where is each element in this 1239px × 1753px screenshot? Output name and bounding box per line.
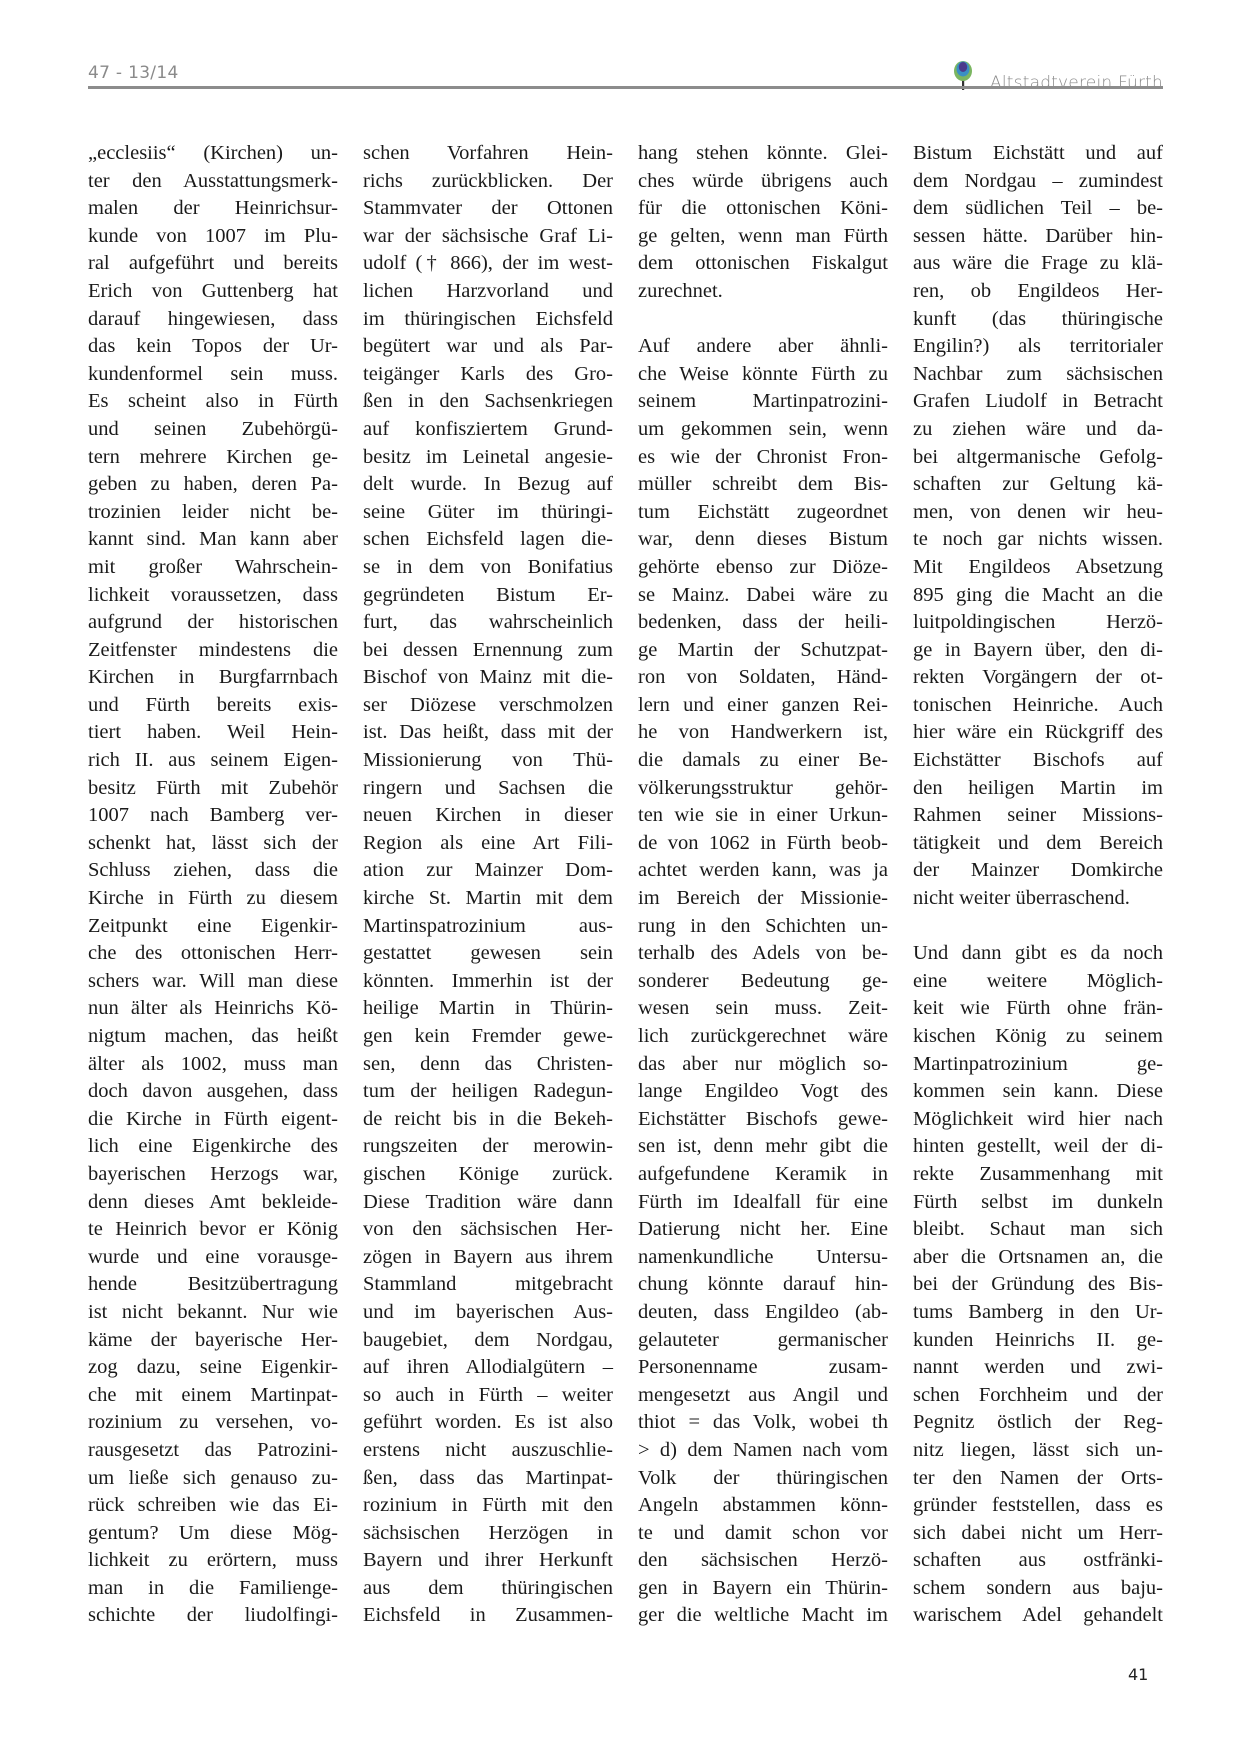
text-line: > d) dem Namen nach vom — [638, 1437, 888, 1465]
text-line: könnten. Immerhin ist der — [363, 968, 613, 996]
text-line: denn dieses Amt bekleide- — [88, 1189, 338, 1217]
text-line: Grafen Liudolf in Betracht — [913, 388, 1163, 416]
text-line: erstens nicht auszuschlie- — [363, 1437, 613, 1465]
text-line: 895 ging die Macht an die — [913, 582, 1163, 610]
text-line: älter als 1002, muss man — [88, 1051, 338, 1079]
text-line: Personenname zusam- — [638, 1354, 888, 1382]
text-line: Bayern und ihrer Herkunft — [363, 1547, 613, 1575]
text-line: nitz liegen, lässt sich un- — [913, 1437, 1163, 1465]
text-line: namenkundliche Untersu- — [638, 1244, 888, 1272]
text-line: rungszeiten der merowin- — [363, 1133, 613, 1161]
text-line: Stammland mitgebracht — [363, 1271, 613, 1299]
paragraph-gap — [913, 913, 1163, 941]
issue-number: 47 - 13/14 — [88, 63, 179, 83]
text-column-3: hang stehen könnte. Glei-ches würde übri… — [638, 140, 888, 1630]
text-line: Eichstätter Bischofs gewe- — [638, 1106, 888, 1134]
text-line: zögen in Bayern aus ihrem — [363, 1244, 613, 1272]
text-line: Schluss ziehen, dass die — [88, 857, 338, 885]
text-line: schem sondern aus baju- — [913, 1575, 1163, 1603]
text-line: darauf hingewiesen, dass — [88, 306, 338, 334]
text-line: das kein Topos der Ur- — [88, 333, 338, 361]
text-line: Nachbar zum sächsischen — [913, 361, 1163, 389]
text-line: ge in Bayern über, den di- — [913, 637, 1163, 665]
text-line: wesen sein muss. Zeit- — [638, 995, 888, 1023]
text-line: von den sächsischen Her- — [363, 1216, 613, 1244]
text-line: gen in Bayern ein Thürin- — [638, 1575, 888, 1603]
text-line: und Fürth bereits exis- — [88, 692, 338, 720]
text-line: deuten, dass Engildeo (ab- — [638, 1299, 888, 1327]
text-line: die damals zu einer Be- — [638, 747, 888, 775]
text-line: men, von denen wir heu- — [913, 499, 1163, 527]
text-line: aufgrund der historischen — [88, 609, 338, 637]
text-line: Eichstätter Bischofs auf — [913, 747, 1163, 775]
text-line: bayerischen Herzogs war, — [88, 1161, 338, 1189]
text-line: Angeln abstammen könn- — [638, 1492, 888, 1520]
text-line: sessen hätte. Darüber hin- — [913, 223, 1163, 251]
text-line: keit wie Fürth ohne frän- — [913, 995, 1163, 1023]
text-line: ge gelten, wenn man Fürth — [638, 223, 888, 251]
text-line: schen Vorfahren Hein- — [363, 140, 613, 168]
text-line: achtet werden kann, was ja — [638, 857, 888, 885]
text-line: schichte der liudolfingi- — [88, 1602, 338, 1630]
text-line: gegründeten Bistum Er- — [363, 582, 613, 610]
text-line: rekte Zusammenhang mit — [913, 1161, 1163, 1189]
text-line: kischen König zu seinem — [913, 1023, 1163, 1051]
text-line: te und damit schon vor — [638, 1520, 888, 1548]
text-line: ist. Das heißt, dass mit der — [363, 719, 613, 747]
text-line: rausgesetzt das Patrozini- — [88, 1437, 338, 1465]
text-line: schaften aus ostfränki- — [913, 1547, 1163, 1575]
text-line: kirche St. Martin mit dem — [363, 885, 613, 913]
text-line: Region als eine Art Fili- — [363, 830, 613, 858]
text-line: Datierung nicht her. Eine — [638, 1216, 888, 1244]
text-line: malen der Heinrichsur- — [88, 195, 338, 223]
text-line: den sächsischen Herzö- — [638, 1547, 888, 1575]
text-line: kunden Heinrichs II. ge- — [913, 1327, 1163, 1355]
publisher-name: Altstadtverein Fürth — [990, 73, 1163, 93]
text-line: rozinium in Fürth mit den — [363, 1492, 613, 1520]
text-line: rung in den Schichten un- — [638, 913, 888, 941]
text-line: thiot = das Volk, wobei th — [638, 1409, 888, 1437]
text-line: begütert war und als Par- — [363, 333, 613, 361]
text-column-2: schen Vorfahren Hein-richs zurückblicken… — [363, 140, 613, 1630]
text-line: Eichsfeld in Zusammen- — [363, 1602, 613, 1630]
text-line: te noch gar nichts wissen. — [913, 526, 1163, 554]
text-line: teigänger Karls des Gro- — [363, 361, 613, 389]
text-line: furt, das wahrscheinlich — [363, 609, 613, 637]
text-line: war der sächsische Graf Li- — [363, 223, 613, 251]
text-line: hinten gestellt, weil der di- — [913, 1133, 1163, 1161]
text-line: richs zurückblicken. Der — [363, 168, 613, 196]
text-line: bedenken, dass der heili- — [638, 609, 888, 637]
text-line: he von Handwerkern ist, — [638, 719, 888, 747]
text-line: und im bayerischen Aus- — [363, 1299, 613, 1327]
text-line: tern mehrere Kirchen ge- — [88, 444, 338, 472]
text-line: Martinpatrozinium ge- — [913, 1051, 1163, 1079]
text-line: sächsischen Herzögen in — [363, 1520, 613, 1548]
text-line: kunft (das thüringische — [913, 306, 1163, 334]
text-line: aus dem thüringischen — [363, 1575, 613, 1603]
text-line: gen kein Fremder gewe- — [363, 1023, 613, 1051]
text-line: trozinien leider nicht be- — [88, 499, 338, 527]
text-line: gehörte ebenso zur Diöze- — [638, 554, 888, 582]
text-line: Fürth selbst im dunkeln — [913, 1189, 1163, 1217]
text-line: ten wie sie in einer Urkun- — [638, 802, 888, 830]
text-line: gründer feststellen, dass es — [913, 1492, 1163, 1520]
text-line: das aber nur möglich so- — [638, 1051, 888, 1079]
text-line: schen Forchheim und der — [913, 1382, 1163, 1410]
text-line: che Weise könnte Fürth zu — [638, 361, 888, 389]
text-line: baugebiet, dem Nordgau, — [363, 1327, 613, 1355]
text-column-1: „ecclesiis“ (Kirchen) un-ter den Ausstat… — [88, 140, 338, 1630]
text-line: Fürth im Idealfall für eine — [638, 1189, 888, 1217]
text-line: seine Güter im thüringi- — [363, 499, 613, 527]
text-line: rekten Vorgängern der ot- — [913, 664, 1163, 692]
text-line: im thüringischen Eichsfeld — [363, 306, 613, 334]
text-line: Rahmen seiner Missions- — [913, 802, 1163, 830]
text-line: ter den Namen der Orts- — [913, 1465, 1163, 1493]
text-line: de von 1062 in Fürth beob- — [638, 830, 888, 858]
text-line: luitpoldingischen Herzö- — [913, 609, 1163, 637]
text-line: und seinen Zubehörgü- — [88, 416, 338, 444]
text-line: Auf andere aber ähnli- — [638, 333, 888, 361]
text-line: doch davon ausgehen, dass — [88, 1078, 338, 1106]
text-line: lange Engildeo Vogt des — [638, 1078, 888, 1106]
header-rule — [88, 86, 1163, 89]
text-line: 1007 nach Bamberg ver- — [88, 802, 338, 830]
text-line: Zeitpunkt eine Eigenkir- — [88, 913, 338, 941]
text-line: geführt worden. Es ist also — [363, 1409, 613, 1437]
text-line: ation zur Mainzer Dom- — [363, 857, 613, 885]
text-line: geben zu haben, deren Pa- — [88, 471, 338, 499]
text-line: Diese Tradition wäre dann — [363, 1189, 613, 1217]
text-line: ron von Soldaten, Händ- — [638, 664, 888, 692]
text-line: se in dem von Bonifatius — [363, 554, 613, 582]
text-line: müller schreibt dem Bis- — [638, 471, 888, 499]
text-line: lich eine Eigenkirche des — [88, 1133, 338, 1161]
text-line: zurechnet. — [638, 278, 888, 306]
text-line: tum der heiligen Radegun- — [363, 1078, 613, 1106]
text-line: che des ottonischen Herr- — [88, 940, 338, 968]
text-line: nicht weiter überraschend. — [913, 885, 1163, 913]
text-line: Mit Engildeos Absetzung — [913, 554, 1163, 582]
text-line: sich dabei nicht um Herr- — [913, 1520, 1163, 1548]
text-line: man in die Familienge- — [88, 1575, 338, 1603]
text-line: ches würde übrigens auch — [638, 168, 888, 196]
text-line: che mit einem Martinpat- — [88, 1382, 338, 1410]
text-line: gentum? Um diese Mög- — [88, 1520, 338, 1548]
text-line: lich zurückgerechnet wäre — [638, 1023, 888, 1051]
text-line: eine weitere Möglich- — [913, 968, 1163, 996]
text-line: lichkeit voraussetzen, dass — [88, 582, 338, 610]
text-line: heilige Martin in Thürin- — [363, 995, 613, 1023]
text-line: hende Besitzübertragung — [88, 1271, 338, 1299]
text-line: Kirchen in Burgfarrnbach — [88, 664, 338, 692]
text-line: besitz Fürth mit Zubehör — [88, 775, 338, 803]
text-line: dem südlichen Teil – be- — [913, 195, 1163, 223]
text-line: Volk der thüringischen — [638, 1465, 888, 1493]
text-line: im Bereich der Missionie- — [638, 885, 888, 913]
text-line: schers war. Will man diese — [88, 968, 338, 996]
text-line: den heiligen Martin im — [913, 775, 1163, 803]
text-line: ßen in den Sachsenkriegen — [363, 388, 613, 416]
text-line: rich II. aus seinem Eigen- — [88, 747, 338, 775]
text-line: ßen, dass das Martinpat- — [363, 1465, 613, 1493]
text-line: kannt sind. Man kann aber — [88, 526, 338, 554]
text-line: aus wäre die Frage zu klä- — [913, 250, 1163, 278]
text-line: Engilin?) als territorialer — [913, 333, 1163, 361]
text-line: Erich von Guttenberg hat — [88, 278, 338, 306]
text-line: völkerungsstruktur gehör- — [638, 775, 888, 803]
text-line: terhalb des Adels von be- — [638, 940, 888, 968]
text-line: wurde und eine vorausge- — [88, 1244, 338, 1272]
text-line: zu ziehen wäre und da- — [913, 416, 1163, 444]
text-line: auf ihren Allodialgütern – — [363, 1354, 613, 1382]
article-body: „ecclesiis“ (Kirchen) un-ter den Ausstat… — [88, 140, 1163, 1630]
text-line: war, denn dieses Bistum — [638, 526, 888, 554]
paragraph-gap — [638, 306, 888, 334]
page-number: 41 — [1128, 1665, 1148, 1684]
text-line: gischen Könige zurück. — [363, 1161, 613, 1189]
text-line: dem Nordgau – zumindest — [913, 168, 1163, 196]
text-line: ren, ob Engildeos Her- — [913, 278, 1163, 306]
text-line: se Mainz. Dabei wäre zu — [638, 582, 888, 610]
text-line: rozinium zu versehen, vo- — [88, 1409, 338, 1437]
text-line: gestattet gewesen sein — [363, 940, 613, 968]
text-line: ser Diözese verschmolzen — [363, 692, 613, 720]
text-line: tätigkeit und dem Bereich — [913, 830, 1163, 858]
text-line: kundenformel sein muss. — [88, 361, 338, 389]
text-line: sonderer Bedeutung ge- — [638, 968, 888, 996]
text-line: sen ist, denn mehr gibt die — [638, 1133, 888, 1161]
text-line: hang stehen könnte. Glei- — [638, 140, 888, 168]
text-line: schaften zur Geltung kä- — [913, 471, 1163, 499]
text-line: aber die Ortsnamen an, die — [913, 1244, 1163, 1272]
text-line: so auch in Fürth – weiter — [363, 1382, 613, 1410]
text-line: „ecclesiis“ (Kirchen) un- — [88, 140, 338, 168]
text-line: warischem Adel gehandelt — [913, 1602, 1163, 1630]
text-line: ral aufgeführt und bereits — [88, 250, 338, 278]
text-line: rück schreiben wie das Ei- — [88, 1492, 338, 1520]
text-line: ist nicht bekannt. Nur wie — [88, 1299, 338, 1327]
text-line: Möglichkeit wird hier nach — [913, 1106, 1163, 1134]
text-line: Bistum Eichstätt und auf — [913, 140, 1163, 168]
text-line: Kirche in Fürth zu diesem — [88, 885, 338, 913]
text-line: hier wäre ein Rückgriff des — [913, 719, 1163, 747]
text-line: tum Eichstätt zugeordnet — [638, 499, 888, 527]
text-line: Martinspatrozinium aus- — [363, 913, 613, 941]
text-line: Zeitfenster mindestens die — [88, 637, 338, 665]
text-line: mit großer Wahrschein- — [88, 554, 338, 582]
text-line: zog dazu, seine Eigenkir- — [88, 1354, 338, 1382]
text-line: neuen Kirchen in dieser — [363, 802, 613, 830]
text-line: nun älter als Heinrichs Kö- — [88, 995, 338, 1023]
text-line: bei der Gründung des Bis- — [913, 1271, 1163, 1299]
text-line: nigtum machen, das heißt — [88, 1023, 338, 1051]
text-line: bleibt. Schaut man sich — [913, 1216, 1163, 1244]
text-line: tiert haben. Weil Hein- — [88, 719, 338, 747]
text-line: Missionierung von Thü- — [363, 747, 613, 775]
text-line: Und dann gibt es da noch — [913, 940, 1163, 968]
text-line: sen, denn das Christen- — [363, 1051, 613, 1079]
text-line: schenkt hat, lässt sich der — [88, 830, 338, 858]
text-line: bei altgermanische Gefolg- — [913, 444, 1163, 472]
text-line: nannt werden und zwi- — [913, 1354, 1163, 1382]
text-line: kunde von 1007 im Plu- — [88, 223, 338, 251]
text-line: ter den Ausstattungsmerk- — [88, 168, 338, 196]
text-line: auf konfisziertem Grund- — [363, 416, 613, 444]
text-line: um gekommen sein, wenn — [638, 416, 888, 444]
text-line: die Kirche in Fürth eigent- — [88, 1106, 338, 1134]
text-line: udolf († 866), der im west- — [363, 250, 613, 278]
text-line: Bischof von Mainz mit die- — [363, 664, 613, 692]
text-line: es wie der Chronist Fron- — [638, 444, 888, 472]
text-line: delt wurde. In Bezug auf — [363, 471, 613, 499]
text-line: gelauteter germanischer — [638, 1327, 888, 1355]
text-line: de reicht bis in die Bekeh- — [363, 1106, 613, 1134]
text-line: te Heinrich bevor er König — [88, 1216, 338, 1244]
text-line: chung könnte darauf hin- — [638, 1271, 888, 1299]
text-line: der Mainzer Domkirche — [913, 857, 1163, 885]
text-line: lichkeit zu erörtern, muss — [88, 1547, 338, 1575]
text-line: Pegnitz östlich der Reg- — [913, 1409, 1163, 1437]
text-line: ger die weltliche Macht im — [638, 1602, 888, 1630]
text-line: tums Bamberg in den Ur- — [913, 1299, 1163, 1327]
text-line: besitz im Leinetal angesie- — [363, 444, 613, 472]
text-line: aufgefundene Keramik in — [638, 1161, 888, 1189]
text-line: kommen sein kann. Diese — [913, 1078, 1163, 1106]
text-line: tonischen Heinriche. Auch — [913, 692, 1163, 720]
text-line: ringern und Sachsen die — [363, 775, 613, 803]
text-line: mengesetzt aus Angil und — [638, 1382, 888, 1410]
text-line: bei dessen Ernennung zum — [363, 637, 613, 665]
text-line: seinem Martinpatrozini- — [638, 388, 888, 416]
text-line: schen Eichsfeld lagen die- — [363, 526, 613, 554]
text-line: Es scheint also in Fürth — [88, 388, 338, 416]
text-line: lichen Harzvorland und — [363, 278, 613, 306]
text-line: käme der bayerische Her- — [88, 1327, 338, 1355]
text-line: ge Martin der Schutzpat- — [638, 637, 888, 665]
text-line: Stammvater der Ottonen — [363, 195, 613, 223]
text-line: dem ottonischen Fiskalgut — [638, 250, 888, 278]
text-line: um ließe sich genauso zu- — [88, 1465, 338, 1493]
text-line: lern und einer ganzen Rei- — [638, 692, 888, 720]
text-column-4: Bistum Eichstätt und aufdem Nordgau – zu… — [913, 140, 1163, 1630]
text-line: für die ottonischen Köni- — [638, 195, 888, 223]
